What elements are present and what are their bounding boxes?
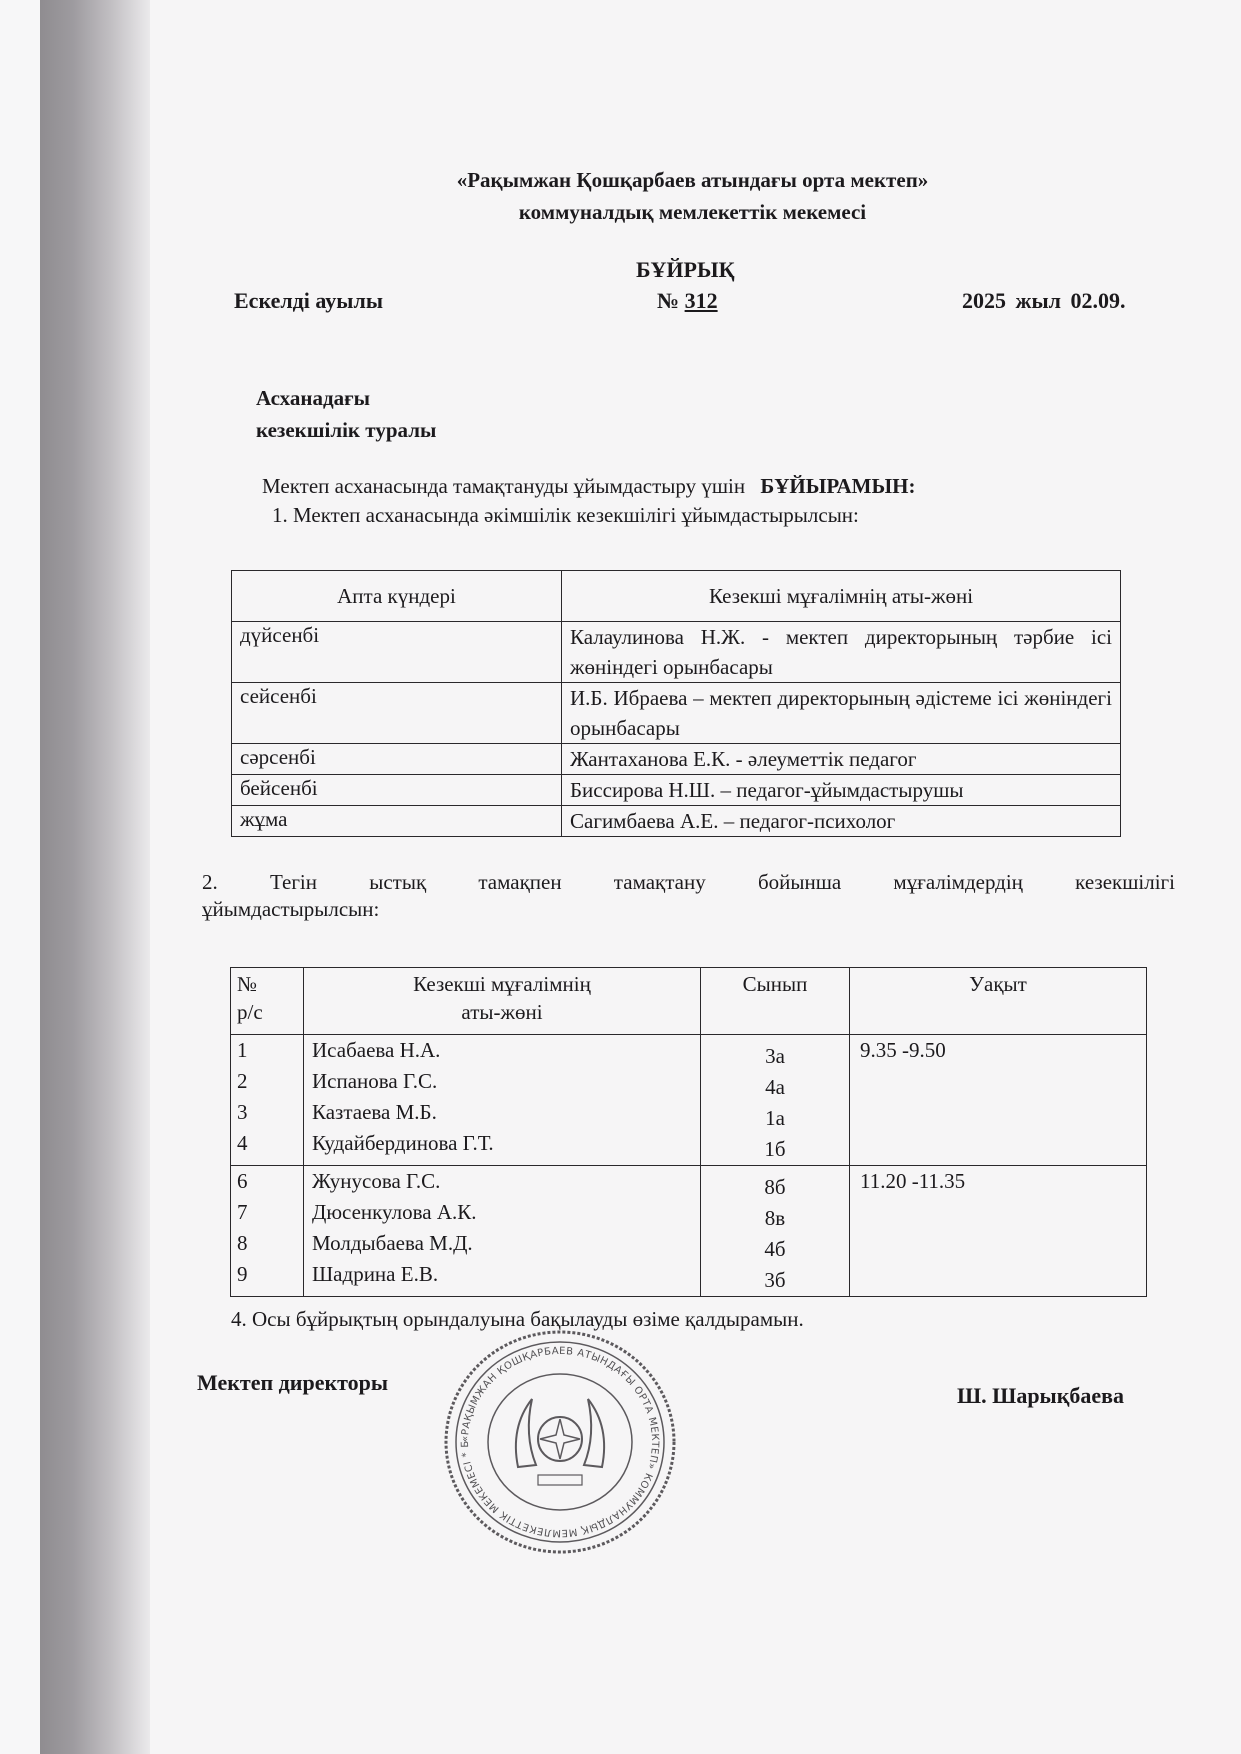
- order-subject: Асханадағы кезекшілік туралы: [256, 382, 436, 446]
- class-label: 3а: [709, 1041, 841, 1072]
- duty-person-cell: Жантаханова Е.К. - әлеуметтік педагог: [562, 744, 1121, 775]
- document-type: БҰЙРЫҚ: [636, 257, 735, 283]
- row-number: 4: [237, 1128, 295, 1159]
- duty-person-cell: Сагимбаева А.Е. – педагог-психолог: [562, 806, 1121, 837]
- teacher-name-cell: Жунусова Г.С. Дюсенкулова А.К. Молдыбаев…: [304, 1166, 701, 1297]
- teacher-duty-table: № р/с Кезекші мұғалімнің аты-жөні Сынып …: [230, 967, 1147, 1297]
- place: Ескелді ауылы: [234, 288, 383, 314]
- header-weekdays: Апта күндері: [232, 571, 562, 622]
- subject-line-2: кезекшілік туралы: [256, 414, 436, 446]
- class-cell: 8б 8в 4б 3б: [701, 1166, 850, 1297]
- header-name-line-1: Кезекші мұғалімнің: [312, 970, 692, 998]
- class-label: 8б: [709, 1172, 841, 1203]
- header-name-line-2: аты-жөні: [312, 998, 692, 1026]
- weekday-cell: бейсенбі: [232, 775, 562, 806]
- table-row-group-1: 1 2 3 4 Исабаева Н.А. Испанова Г.С. Казт…: [231, 1035, 1147, 1166]
- organization-type: коммуналдық мемлекеттік мекемесі: [0, 200, 1241, 225]
- number-cell: 1 2 3 4: [231, 1035, 304, 1166]
- duty-person-cell: Калаулинова Н.Ж. - мектеп директорының т…: [562, 622, 1121, 683]
- teacher-name-cell: Исабаева Н.А. Испанова Г.С. Казтаева М.Б…: [304, 1035, 701, 1166]
- teacher-name: Дюсенкулова А.К.: [312, 1197, 692, 1228]
- weekday-cell: сейсенбі: [232, 683, 562, 744]
- order-number-prefix: №: [657, 288, 679, 313]
- weekday-cell: жұма: [232, 806, 562, 837]
- class-label: 1а: [709, 1103, 841, 1134]
- table-header-row: № р/с Кезекші мұғалімнің аты-жөні Сынып …: [231, 968, 1147, 1035]
- signatory-role: Мектеп директоры: [197, 1370, 388, 1396]
- order-number: № 312: [657, 288, 718, 314]
- subject-line-1: Асханадағы: [256, 382, 436, 414]
- header-time: Уақыт: [850, 968, 1147, 1035]
- teacher-name: Кудайбердинова Г.Т.: [312, 1128, 692, 1159]
- class-label: 4а: [709, 1072, 841, 1103]
- admin-duty-table: Апта күндері Кезекші мұғалімнің аты-жөні…: [231, 570, 1121, 837]
- header-duty-person: Кезекші мұғалімнің аты-жөні: [562, 571, 1121, 622]
- svg-text:«РАҚЫМЖАН ҚОШҚАРБАЕВ АТЫНДАҒЫ: «РАҚЫМЖАН ҚОШҚАРБАЕВ АТЫНДАҒЫ ОРТА МЕКТЕ…: [440, 1327, 660, 1538]
- time-cell: 11.20 -11.35: [850, 1166, 1147, 1297]
- row-number: 8: [237, 1228, 295, 1259]
- table-row-group-2: 6 7 8 9 Жунусова Г.С. Дюсенкулова А.К. М…: [231, 1166, 1147, 1297]
- weekday-cell: дүйсенбі: [232, 622, 562, 683]
- duty-person-cell: Биссирова Н.Ш. – педагог-ұйымдастырушы: [562, 775, 1121, 806]
- scan-edge: [0, 0, 40, 1754]
- order-date: 2025 жыл 02.09.: [962, 288, 1125, 314]
- header-number-abbrev: р/с: [237, 998, 295, 1026]
- class-label: 3б: [709, 1265, 841, 1296]
- teacher-name: Казтаева М.Б.: [312, 1097, 692, 1128]
- time-cell: 9.35 -9.50: [850, 1035, 1147, 1166]
- teacher-name: Жунусова Г.С.: [312, 1166, 692, 1197]
- header-number-symbol: №: [237, 970, 295, 998]
- intro-directive: БҰЙЫРАМЫН:: [760, 474, 915, 498]
- organization-name: «Рақымжан Қошқарбаев атындағы орта мекте…: [0, 168, 1241, 193]
- duty-person-cell: И.Б. Ибраева – мектеп директорының әдіст…: [562, 683, 1121, 744]
- class-label: 4б: [709, 1234, 841, 1265]
- class-cell: 3а 4а 1а 1б: [701, 1035, 850, 1166]
- teacher-name: Молдыбаева М.Д.: [312, 1228, 692, 1259]
- table-header-row: Апта күндері Кезекші мұғалімнің аты-жөні: [232, 571, 1121, 622]
- table-row: сәрсенбі Жантаханова Е.К. - әлеуметтік п…: [232, 744, 1121, 775]
- intro-paragraph: Мектеп асханасында тамақтануды ұйымдасты…: [262, 474, 915, 499]
- number-cell: 6 7 8 9: [231, 1166, 304, 1297]
- official-seal-icon: «РАҚЫМЖАН ҚОШҚАРБАЕВ АТЫНДАҒЫ ОРТА МЕКТЕ…: [440, 1327, 680, 1557]
- class-label: 8в: [709, 1203, 841, 1234]
- teacher-name: Испанова Г.С.: [312, 1066, 692, 1097]
- signatory-name: Ш. Шарықбаева: [957, 1383, 1124, 1409]
- header-teacher-name: Кезекші мұғалімнің аты-жөні: [304, 968, 701, 1035]
- weekday-cell: сәрсенбі: [232, 744, 562, 775]
- teacher-name: Шадрина Е.В.: [312, 1259, 692, 1290]
- row-number: 6: [237, 1166, 295, 1197]
- row-number: 9: [237, 1259, 295, 1290]
- table-row: жұма Сагимбаева А.Е. – педагог-психолог: [232, 806, 1121, 837]
- item-2-continued: ұйымдастырылсын:: [202, 897, 379, 922]
- intro-text: Мектеп асханасында тамақтануды ұйымдасты…: [262, 474, 745, 498]
- item-2: 2. Тегін ыстық тамақпен тамақтану бойынш…: [202, 867, 1175, 897]
- row-number: 3: [237, 1097, 295, 1128]
- row-number: 2: [237, 1066, 295, 1097]
- header-class: Сынып: [701, 968, 850, 1035]
- item-1: 1. Мектеп асханасында әкімшілік кезекшіл…: [272, 503, 859, 528]
- teacher-name: Исабаева Н.А.: [312, 1035, 692, 1066]
- row-number: 1: [237, 1035, 295, 1066]
- row-number: 7: [237, 1197, 295, 1228]
- table-row: бейсенбі Биссирова Н.Ш. – педагог-ұйымда…: [232, 775, 1121, 806]
- class-label: 1б: [709, 1134, 841, 1165]
- table-row: дүйсенбі Калаулинова Н.Ж. - мектеп дирек…: [232, 622, 1121, 683]
- table-row: сейсенбі И.Б. Ибраева – мектеп директоры…: [232, 683, 1121, 744]
- scan-binding-shadow: [40, 0, 150, 1754]
- header-number: № р/с: [231, 968, 304, 1035]
- order-number-value: 312: [685, 288, 718, 313]
